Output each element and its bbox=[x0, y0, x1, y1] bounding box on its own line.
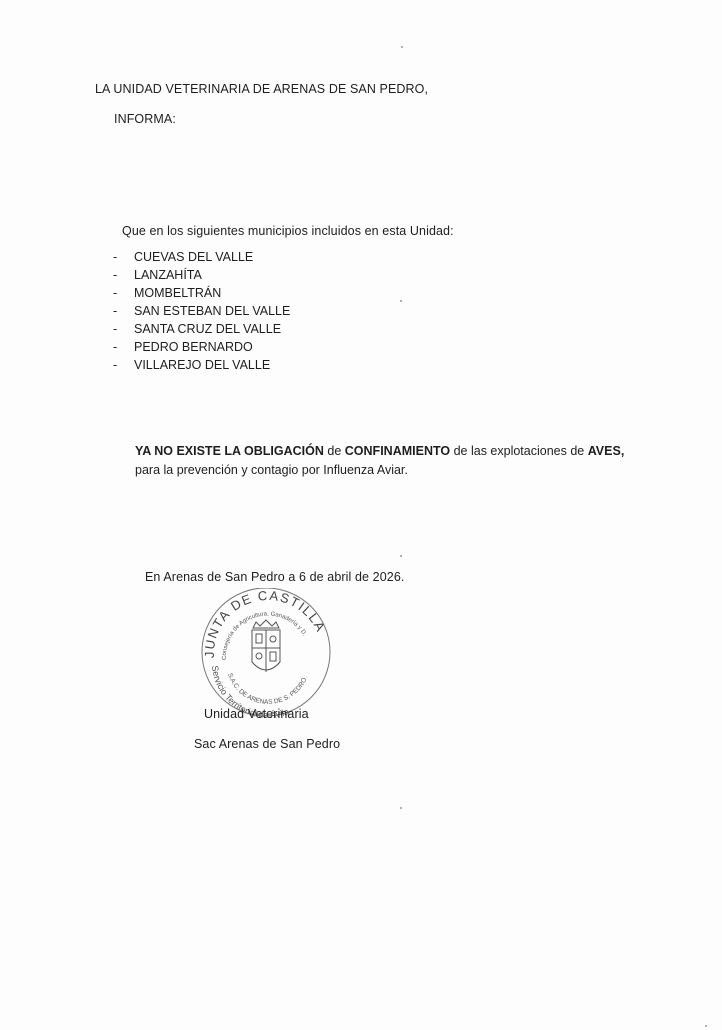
informa-label: INFORMA: bbox=[114, 112, 176, 126]
municipality-item: -SANTA CRUZ DEL VALLE bbox=[113, 320, 290, 338]
list-dash: - bbox=[113, 338, 134, 356]
municipality-list: -CUEVAS DEL VALLE-LANZAHÍTA-MOMBELTRÁN-S… bbox=[113, 248, 290, 374]
scan-speck bbox=[401, 46, 403, 48]
list-dash: - bbox=[113, 284, 134, 302]
scan-speck bbox=[400, 300, 402, 302]
notice-text: para la prevención y contagio por Influe… bbox=[135, 463, 408, 477]
municipality-item: -MOMBELTRÁN bbox=[113, 284, 290, 302]
municipality-item: -LANZAHÍTA bbox=[113, 266, 290, 284]
list-dash: - bbox=[113, 248, 134, 266]
list-dash: - bbox=[113, 320, 134, 338]
scan-speck bbox=[400, 807, 402, 809]
document-heading: LA UNIDAD VETERINARIA DE ARENAS DE SAN P… bbox=[95, 82, 428, 96]
municipality-item: -VILLAREJO DEL VALLE bbox=[113, 356, 290, 374]
intro-text: Que en los siguientes municipios incluid… bbox=[122, 224, 454, 238]
notice-text: de bbox=[324, 444, 345, 458]
scan-speck bbox=[400, 555, 402, 557]
official-stamp: JUNTA DE CASTILLA Y LEÓN Consejería de A… bbox=[196, 588, 336, 718]
municipality-item: -CUEVAS DEL VALLE bbox=[113, 248, 290, 266]
notice-bold-aves: AVES, bbox=[588, 444, 625, 458]
list-dash: - bbox=[113, 356, 134, 374]
municipality-item: -PEDRO BERNARDO bbox=[113, 338, 290, 356]
list-dash: - bbox=[113, 302, 134, 320]
notice-text: de las explotaciones de bbox=[450, 444, 588, 458]
municipality-name: VILLAREJO DEL VALLE bbox=[134, 356, 270, 374]
document-page: LA UNIDAD VETERINARIA DE ARENAS DE SAN P… bbox=[0, 0, 722, 1030]
municipality-name: SANTA CRUZ DEL VALLE bbox=[134, 320, 281, 338]
municipality-item: -SAN ESTEBAN DEL VALLE bbox=[113, 302, 290, 320]
municipality-name: MOMBELTRÁN bbox=[134, 284, 221, 302]
signature-line-office: Sac Arenas de San Pedro bbox=[194, 737, 340, 751]
municipality-name: SAN ESTEBAN DEL VALLE bbox=[134, 302, 290, 320]
municipality-name: PEDRO BERNARDO bbox=[134, 338, 253, 356]
notice-bold-confinamiento: CONFINAMIENTO bbox=[345, 444, 450, 458]
list-dash: - bbox=[113, 266, 134, 284]
notice-bold-obligation: YA NO EXISTE LA OBLIGACIÓN bbox=[135, 444, 324, 458]
coat-of-arms-icon bbox=[252, 620, 280, 672]
notice-paragraph: YA NO EXISTE LA OBLIGACIÓN de CONFINAMIE… bbox=[135, 442, 635, 480]
signature-line-unit: Unidad Veterinaria bbox=[204, 707, 309, 721]
scan-speck bbox=[705, 1025, 707, 1027]
date-line: En Arenas de San Pedro a 6 de abril de 2… bbox=[145, 570, 404, 584]
municipality-name: CUEVAS DEL VALLE bbox=[134, 248, 253, 266]
municipality-name: LANZAHÍTA bbox=[134, 266, 202, 284]
